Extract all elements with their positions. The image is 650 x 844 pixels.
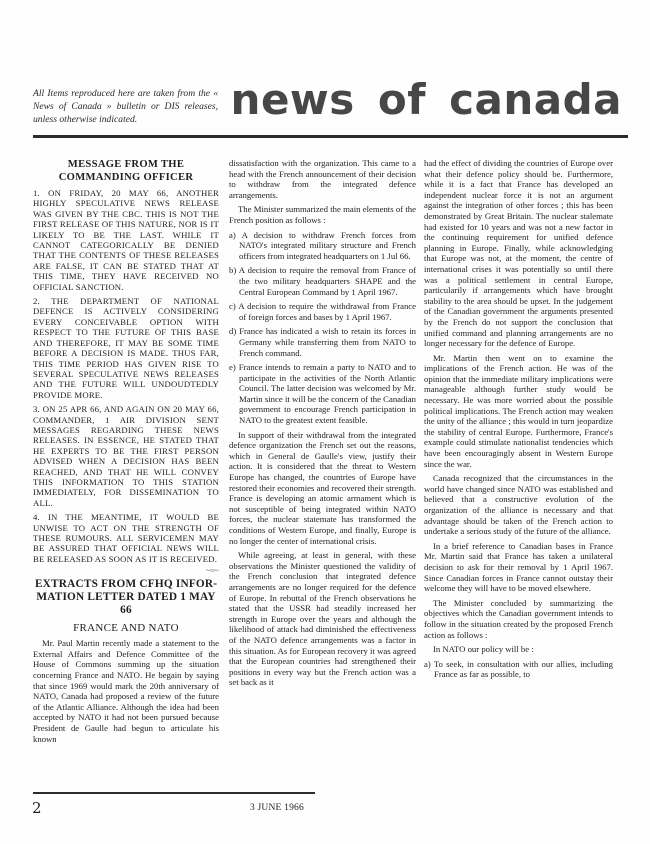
- article-paragraph: had the effect of dividing the countries…: [424, 158, 613, 349]
- ornament-icon: ~≈~: [33, 568, 219, 574]
- footer-rule: [33, 792, 315, 794]
- message-paragraph-3: 3. ON 25 APR 66, AND AGAIN ON 20 MAY 66,…: [33, 404, 219, 508]
- list-item: a) A decision to withdraw French forces …: [229, 230, 416, 262]
- header-note: All Items reproduced here are taken from…: [33, 88, 218, 126]
- article-paragraph: dissatisfaction with the organization. T…: [229, 158, 416, 200]
- column-2: dissatisfaction with the organization. T…: [229, 158, 416, 692]
- article-paragraph: Mr. Paul Martin recently made a state­me…: [33, 638, 219, 744]
- article-paragraph: The Minister summarized the main elem­en…: [229, 204, 416, 225]
- issue-date: 3 JUNE 1966: [250, 803, 304, 813]
- list-item: c) A decision to require the withdrawal …: [229, 301, 416, 322]
- list-item: a) To seek, in consultation with our all…: [424, 659, 613, 680]
- article-paragraph: Canada recognized that the circumstances…: [424, 473, 613, 537]
- article-paragraph: While agreeing, at least in general, wit…: [229, 550, 416, 688]
- page-number: 2: [32, 799, 42, 817]
- header-rule: [33, 135, 628, 138]
- masthead-title: news of canada: [231, 72, 622, 128]
- list-item: e) France intends to remain a party to N…: [229, 362, 416, 426]
- cfhq-extracts-heading: EXTRACTS FROM CFHQ INFOR­MATION LETTER D…: [33, 578, 219, 617]
- message-paragraph-4: 4. IN THE MEANTIME, IT WOULD BE UNWISE T…: [33, 512, 219, 564]
- message-paragraph-1: 1. ON FRIDAY, 20 MAY 66, ANOTHER HIGHLY …: [33, 188, 219, 292]
- france-nato-subheading: FRANCE AND NATO: [33, 621, 219, 635]
- message-paragraph-2: 2. THE DEPARTMENT OF NATIONAL DEFENCE IS…: [33, 296, 219, 400]
- article-paragraph: In NATO our policy will be :: [424, 644, 613, 655]
- list-item: d) France has indicated a wish to retain…: [229, 326, 416, 358]
- article-paragraph: Mr. Martin then went on to examine the i…: [424, 353, 613, 470]
- article-paragraph: In support of their withdrawal from the …: [229, 430, 416, 547]
- column-3: had the effect of dividing the countries…: [424, 158, 613, 684]
- column-1: MESSAGE FROM THE COMMANDING OFFICER 1. O…: [33, 158, 219, 748]
- article-paragraph: The Minister concluded by summarizing th…: [424, 598, 613, 640]
- article-paragraph: In a brief reference to Canadian bases i…: [424, 541, 613, 594]
- list-item: b) A decision to require the removal fro…: [229, 265, 416, 297]
- commanding-officer-heading: MESSAGE FROM THE COMMANDING OFFICER: [33, 158, 219, 184]
